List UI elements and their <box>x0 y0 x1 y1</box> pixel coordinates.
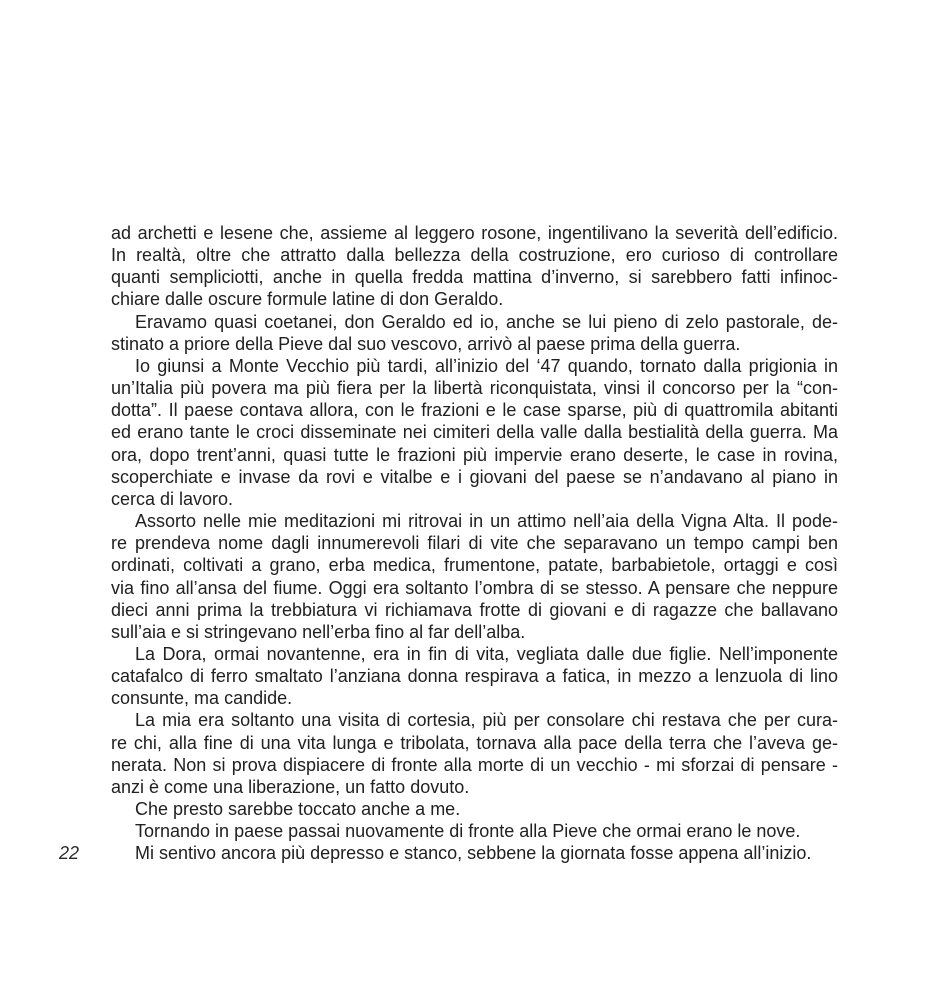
text-line: nerata. Non si prova dispiacere di front… <box>111 754 838 776</box>
text-line: un’Italia più povera ma più fiera per la… <box>111 377 838 399</box>
text-line: Mi sentivo ancora più depresso e stanco,… <box>111 842 838 864</box>
text-line: stinato a priore della Pieve dal suo ves… <box>111 333 838 355</box>
text-line: consunte, ma candide. <box>111 687 838 709</box>
text-line: Io giunsi a Monte Vecchio più tardi, all… <box>111 355 838 377</box>
text-line: re prendeva nome dagli innumerevoli fila… <box>111 532 838 554</box>
page-text: ad archetti e lesene che, assieme al leg… <box>111 222 838 865</box>
text-line: catafalco di ferro smaltato l’anziana do… <box>111 665 838 687</box>
text-line: dieci anni prima la trebbiatura vi richi… <box>111 599 838 621</box>
text-line: cerca di lavoro. <box>111 488 838 510</box>
text-line: ordinati, coltivati a grano, erba medica… <box>111 554 838 576</box>
text-line: via fino all’ansa del fiume. Oggi era so… <box>111 577 838 599</box>
text-line: Assorto nelle mie meditazioni mi ritrova… <box>111 510 838 532</box>
book-page: 22 ad archetti e lesene che, assieme al … <box>0 0 942 1000</box>
text-line: Che presto sarebbe toccato anche a me. <box>111 798 838 820</box>
text-line: La mia era soltanto una visita di cortes… <box>111 709 838 731</box>
text-line: ed erano tante le croci disseminate nei … <box>111 421 838 443</box>
text-line: sull’aia e si stringevano nell’erba fino… <box>111 621 838 643</box>
text-line: Eravamo quasi coetanei, don Geraldo ed i… <box>111 311 838 333</box>
text-line: anzi è come una liberazione, un fatto do… <box>111 776 838 798</box>
page-number: 22 <box>59 842 79 864</box>
text-line: chiare dalle oscure formule latine di do… <box>111 288 838 310</box>
text-line: scoperchiate e invase da rovi e vitalbe … <box>111 466 838 488</box>
text-line: quanti sempliciotti, anche in quella fre… <box>111 266 838 288</box>
text-line: dotta”. Il paese contava allora, con le … <box>111 399 838 421</box>
text-line: ad archetti e lesene che, assieme al leg… <box>111 222 838 244</box>
text-line: Tornando in paese passai nuovamente di f… <box>111 820 838 842</box>
text-line: re chi, alla fine di una vita lunga e tr… <box>111 732 838 754</box>
text-line: ora, dopo trent’anni, quasi tutte le fra… <box>111 444 838 466</box>
text-line: La Dora, ormai novantenne, era in fin di… <box>111 643 838 665</box>
text-line: In realtà, oltre che attratto dalla bell… <box>111 244 838 266</box>
